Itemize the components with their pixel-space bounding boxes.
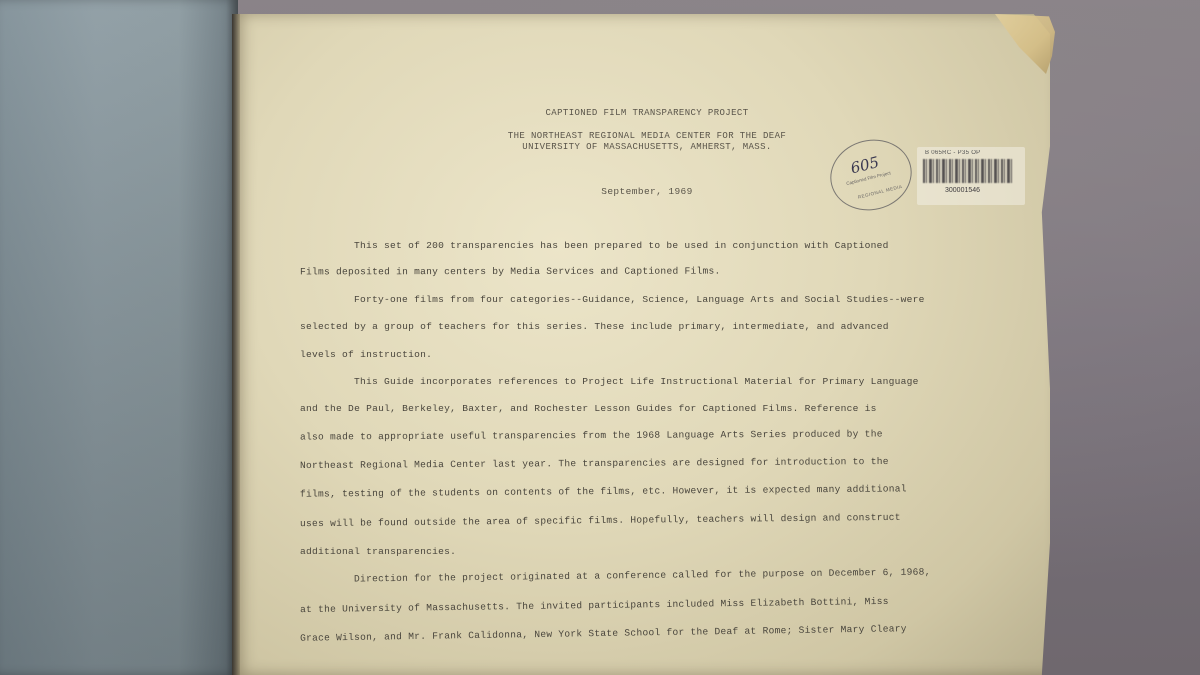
project-title: CAPTIONED FILM TRANSPARENCY PROJECT	[467, 108, 827, 119]
body-line: also made to appropriate useful transpar…	[300, 428, 883, 442]
body-line: This Guide incorporates references to Pr…	[354, 376, 919, 387]
stamp-text-2: REGIONAL MEDIA	[857, 184, 902, 200]
body-line: Forty-one films from four categories--Gu…	[354, 294, 925, 305]
barcode-icon	[923, 159, 1013, 183]
body-line: and the De Paul, Berkeley, Baxter, and R…	[300, 403, 877, 414]
page-content: CAPTIONED FILM TRANSPARENCY PROJECT THE …	[232, 14, 1050, 675]
barcode-call-number: B 065RC - P35 OP	[925, 150, 981, 156]
location-line: UNIVERSITY OF MASSACHUSETTS, AMHERST, MA…	[467, 142, 827, 153]
document-date: September, 1969	[467, 186, 827, 197]
barcode-label: B 065RC - P35 OP 300001546	[917, 147, 1025, 205]
body-line: at the University of Massachusetts. The …	[300, 596, 889, 615]
body-line: This set of 200 transparencies has been …	[354, 240, 889, 251]
library-stamp: 605 Captioned Film Project REGIONAL MEDI…	[823, 131, 919, 219]
body-line: uses will be found outside the area of s…	[300, 512, 901, 529]
body-line: Direction for the project originated at …	[354, 566, 931, 584]
body-line: Films deposited in many centers by Media…	[300, 266, 721, 278]
document-heading: CAPTIONED FILM TRANSPARENCY PROJECT THE …	[467, 108, 827, 197]
organization-line: THE NORTHEAST REGIONAL MEDIA CENTER FOR …	[467, 131, 827, 142]
body-line: films, testing of the students on conten…	[300, 483, 907, 499]
body-line: additional transparencies.	[300, 546, 456, 557]
body-line: Northeast Regional Media Center last yea…	[300, 456, 889, 471]
body-line: levels of instruction.	[300, 349, 432, 360]
barcode-number: 300001546	[945, 187, 980, 194]
binder-cover	[0, 0, 238, 675]
body-line: Grace Wilson, and Mr. Frank Calidonna, N…	[300, 623, 907, 644]
body-line: selected by a group of teachers for this…	[300, 321, 889, 332]
